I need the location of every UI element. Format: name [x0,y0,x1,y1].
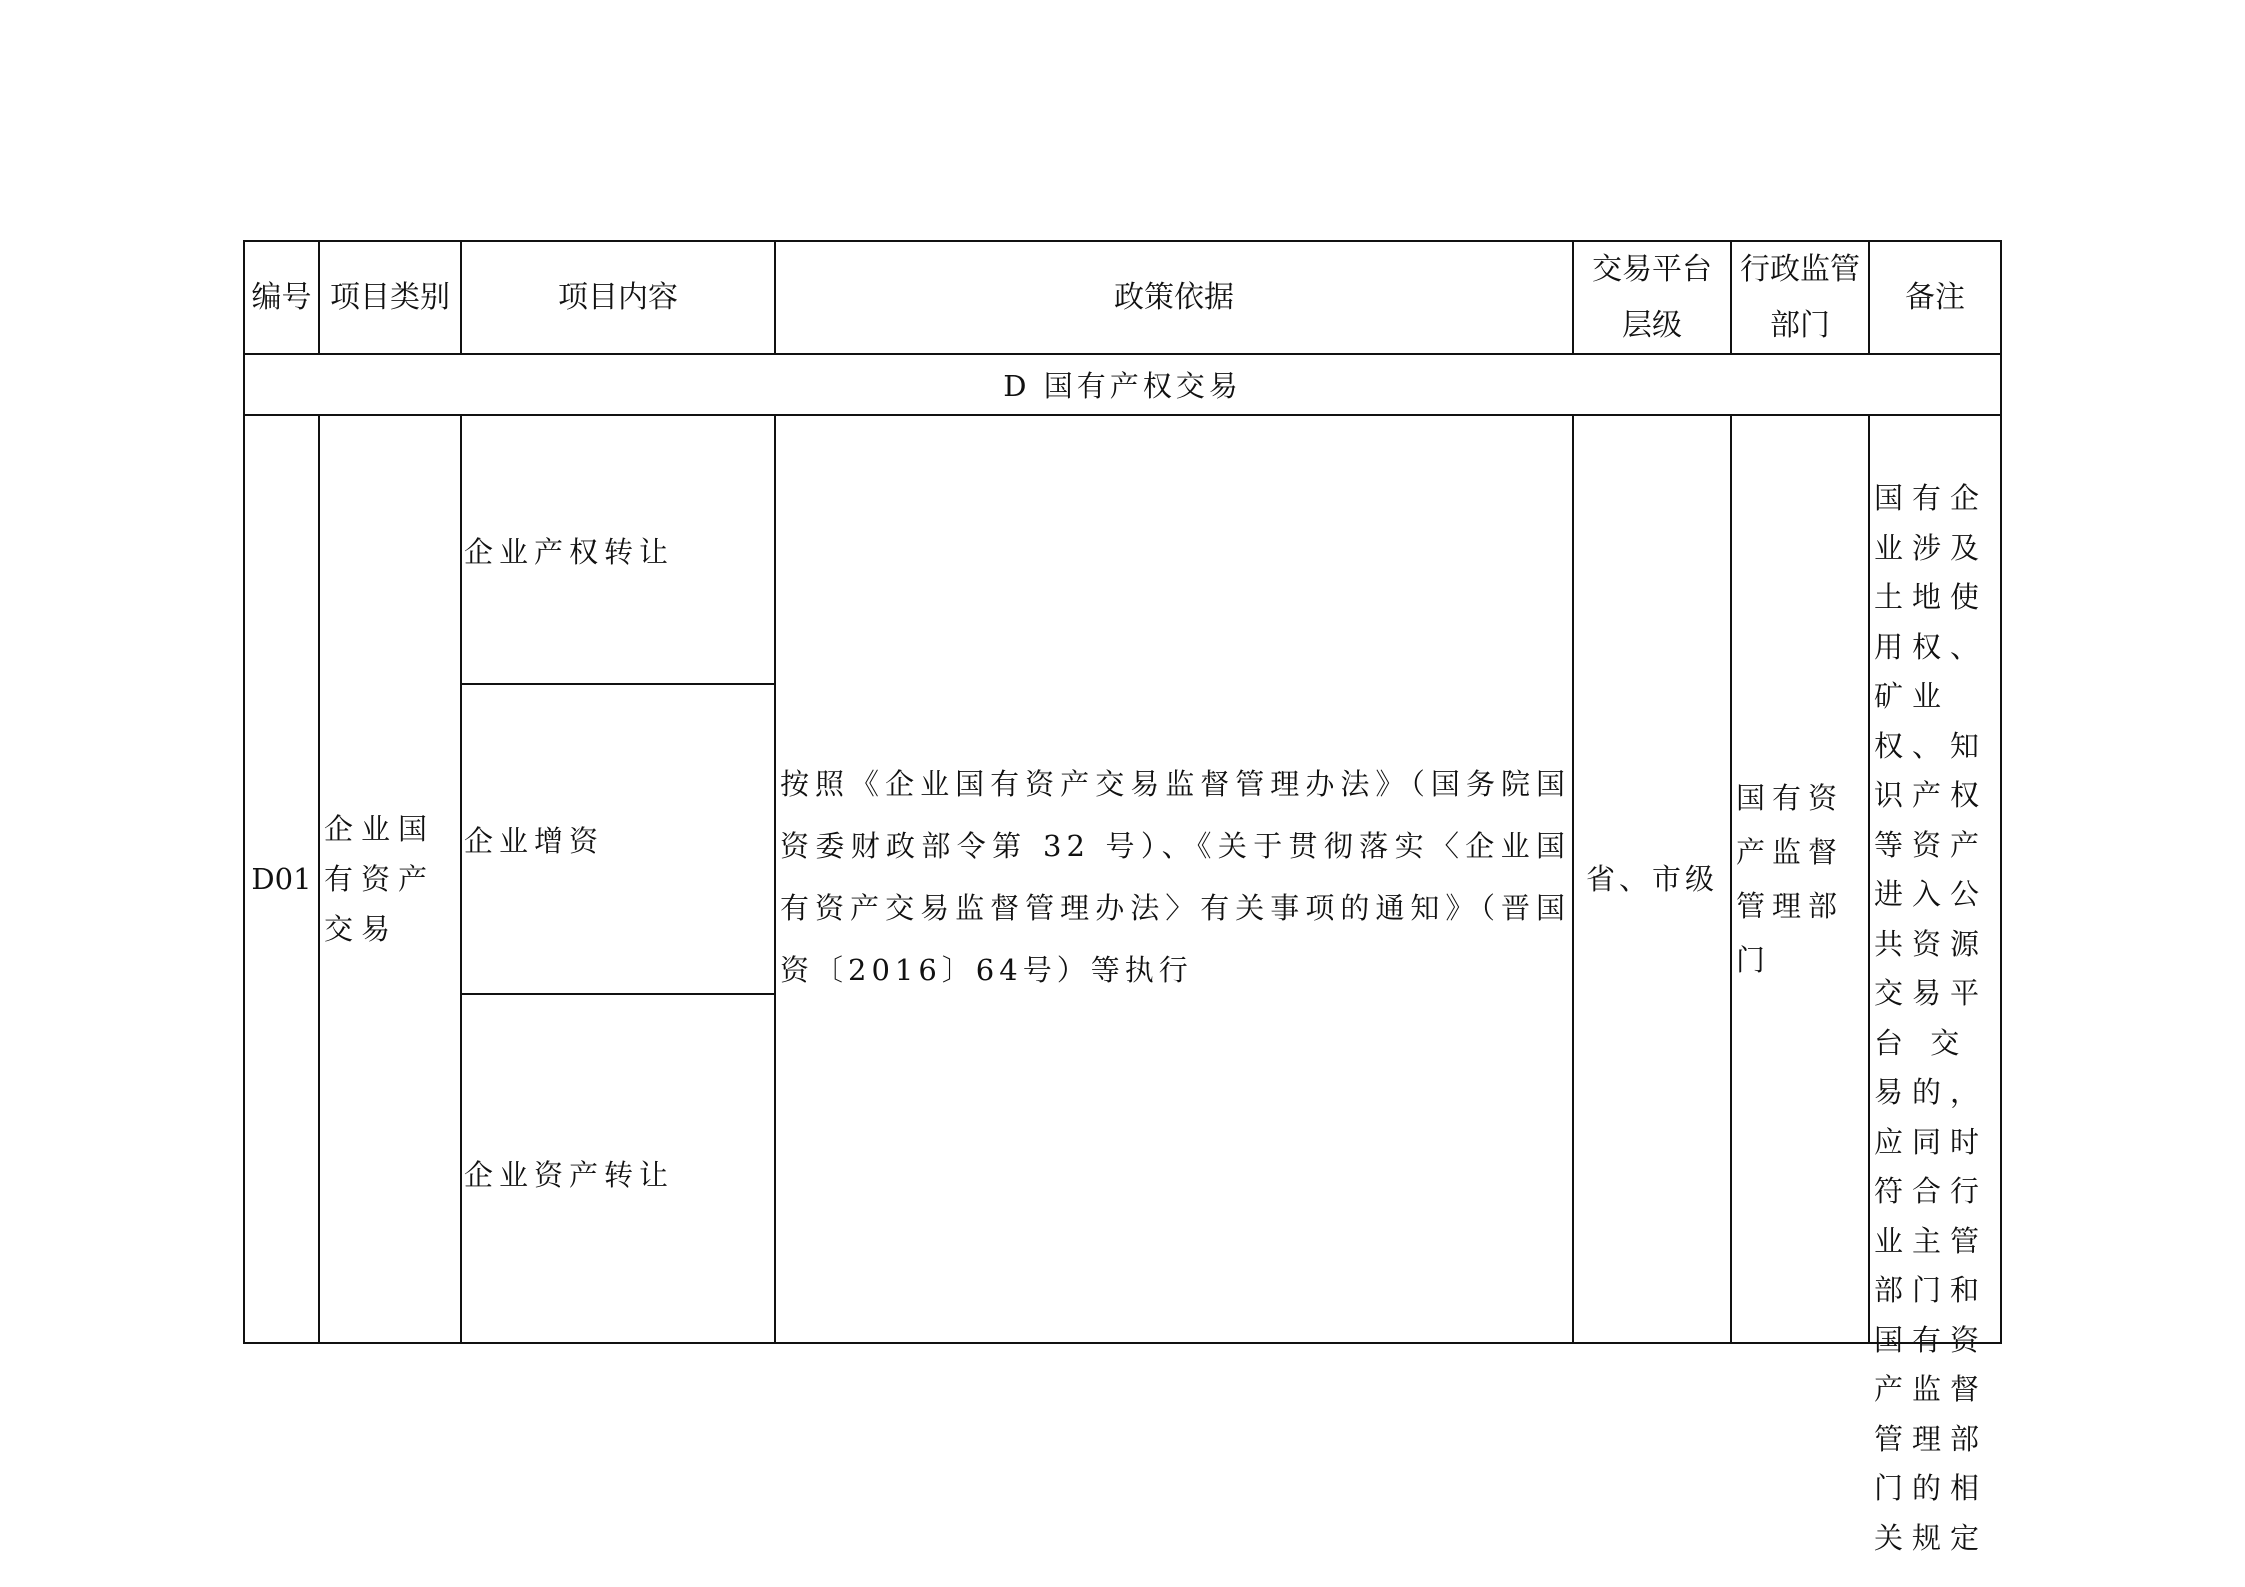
header-category-label: 项目类别 [330,270,450,326]
content-item-1: 企业产权转让 [464,524,674,580]
header-content: 项目内容 [460,240,776,355]
content-item-3-cell: 企业资产转让 [460,993,776,1344]
row-category-cell: 企业国有资产交易 [318,414,462,1344]
header-policy-label: 政策依据 [1114,270,1234,326]
row-admin-dept-cell: 国有资产监督管理部门 [1730,414,1870,1344]
row-platform-level: 省、市级 [1586,851,1718,907]
header-content-label: 项目内容 [558,270,678,326]
header-remarks: 备注 [1868,240,2002,355]
header-admin-dept-line1: 行政监管 [1740,242,1860,298]
header-platform-level-line2: 层级 [1622,298,1682,354]
section-title-row: D 国有产权交易 [243,353,2002,416]
header-platform-level: 交易平台 层级 [1572,240,1732,355]
content-item-3: 企业资产转让 [464,1147,674,1203]
header-admin-dept-line2: 部门 [1770,298,1830,354]
header-id: 编号 [243,240,320,355]
header-policy: 政策依据 [774,240,1574,355]
header-id-label: 编号 [252,270,312,326]
row-remarks-cell: 国有企业涉及土地使用权、矿业权、知识产权等资产进入公共资源交易平台 交 易的，应… [1868,414,2002,1344]
row-remarks: 国有企业涉及土地使用权、矿业权、知识产权等资产进入公共资源交易平台 交 易的，应… [1870,460,2002,1563]
row-id-cell: D01 [243,414,320,1344]
row-policy: 按照《企业国有资产交易监督管理办法》（国务院国资委财政部令第 32 号）、《关于… [776,753,1572,1001]
section-title: D 国有产权交易 [1003,364,1241,405]
document-page: 编号 项目类别 项目内容 政策依据 交易平台 层级 行政监管 部门 备注 D 国… [0,0,2245,1587]
row-policy-cell: 按照《企业国有资产交易监督管理办法》（国务院国资委财政部令第 32 号）、《关于… [774,414,1574,1344]
row-admin-dept: 国有资产监督管理部门 [1732,771,1868,987]
content-item-2-cell: 企业增资 [460,683,776,995]
header-remarks-label: 备注 [1905,270,1965,326]
content-item-2: 企业增资 [464,813,604,869]
header-category: 项目类别 [318,240,462,355]
header-platform-level-line1: 交易平台 [1592,242,1712,298]
row-category: 企业国有资产交易 [324,804,456,954]
header-admin-dept: 行政监管 部门 [1730,240,1870,355]
row-id: D01 [251,851,311,907]
row-platform-level-cell: 省、市级 [1572,414,1732,1344]
content-item-1-cell: 企业产权转让 [460,414,776,685]
